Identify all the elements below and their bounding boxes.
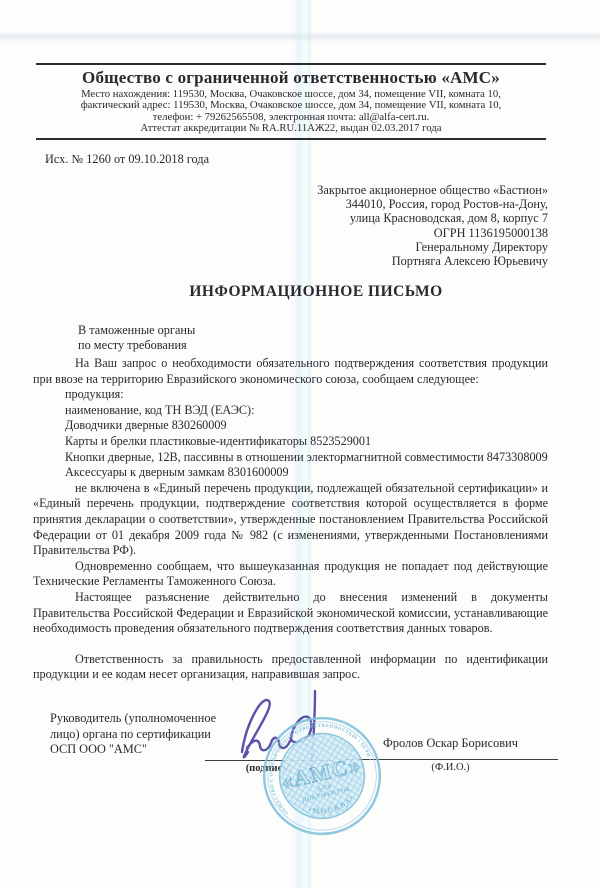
- addressee-line: по месту требования: [78, 338, 195, 353]
- recipient-block: Закрытое акционерное общество «Бастион» …: [317, 183, 548, 268]
- recipient-line: улица Красноводская, дом 8, корпус 7: [317, 211, 548, 225]
- addressee-block: В таможенные органы по месту требования: [78, 323, 195, 353]
- letter-body: На Ваш запрос о необходимости обязательн…: [33, 356, 548, 683]
- product-line: наименование, код ТН ВЭД (ЕАЭС):: [33, 403, 548, 419]
- product-line: продукция:: [33, 387, 548, 403]
- recipient-line: ОГРН 1136195000138: [317, 226, 548, 240]
- recipient-line: Генеральному Директору: [317, 240, 548, 254]
- product-line: Карты и брелки пластиковые-идентификатор…: [33, 434, 548, 450]
- paragraph-intro: На Ваш запрос о необходимости обязательн…: [33, 356, 548, 387]
- product-line: Доводчики дверные 830260009: [33, 418, 548, 434]
- scanned-letter-page: Общество с ограниченной ответственностью…: [0, 0, 600, 888]
- letter-title: ИНФОРМАЦИОННОЕ ПИСЬМО: [0, 283, 600, 301]
- outgoing-ref: Исх. № 1260 от 09.10.2018 года: [45, 152, 209, 167]
- letterhead-accreditation-line: Аттестат аккредитации № RA.RU.11АЖ22, вы…: [36, 123, 546, 134]
- paragraph-not-included: не включена в «Единый перечень продукции…: [33, 481, 548, 559]
- recipient-line: Портняга Алексею Юрьевичу: [317, 254, 548, 268]
- recipient-line: Закрытое акционерное общество «Бастион»: [317, 183, 548, 197]
- scan-artifact-band: [0, 31, 600, 42]
- paragraph-responsibility: Ответственность за правильность предоста…: [33, 652, 548, 683]
- org-name: Общество с ограниченной ответственностью…: [36, 67, 546, 89]
- addressee-line: В таможенные органы: [78, 323, 195, 338]
- product-line: Аксессуары к дверным замкам 8301600009: [33, 465, 548, 481]
- paragraph-validity: Настоящее разъяснение действительно до в…: [33, 590, 548, 637]
- paragraph-simultaneously: Одновременно сообщаем, что вышеуказанная…: [33, 559, 548, 590]
- product-line: Кнопки дверные, 12В, пассивны в отношени…: [33, 450, 548, 466]
- recipient-line: 344010, Россия, город Ростов-на-Дону,: [317, 197, 548, 211]
- company-stamp-icon: ОБЩЕСТВО С ОГРАНИЧЕННОЙ ОТВЕТСТВЕННОСТЬЮ…: [248, 702, 397, 851]
- letterhead: Общество с ограниченной ответственностью…: [36, 63, 546, 140]
